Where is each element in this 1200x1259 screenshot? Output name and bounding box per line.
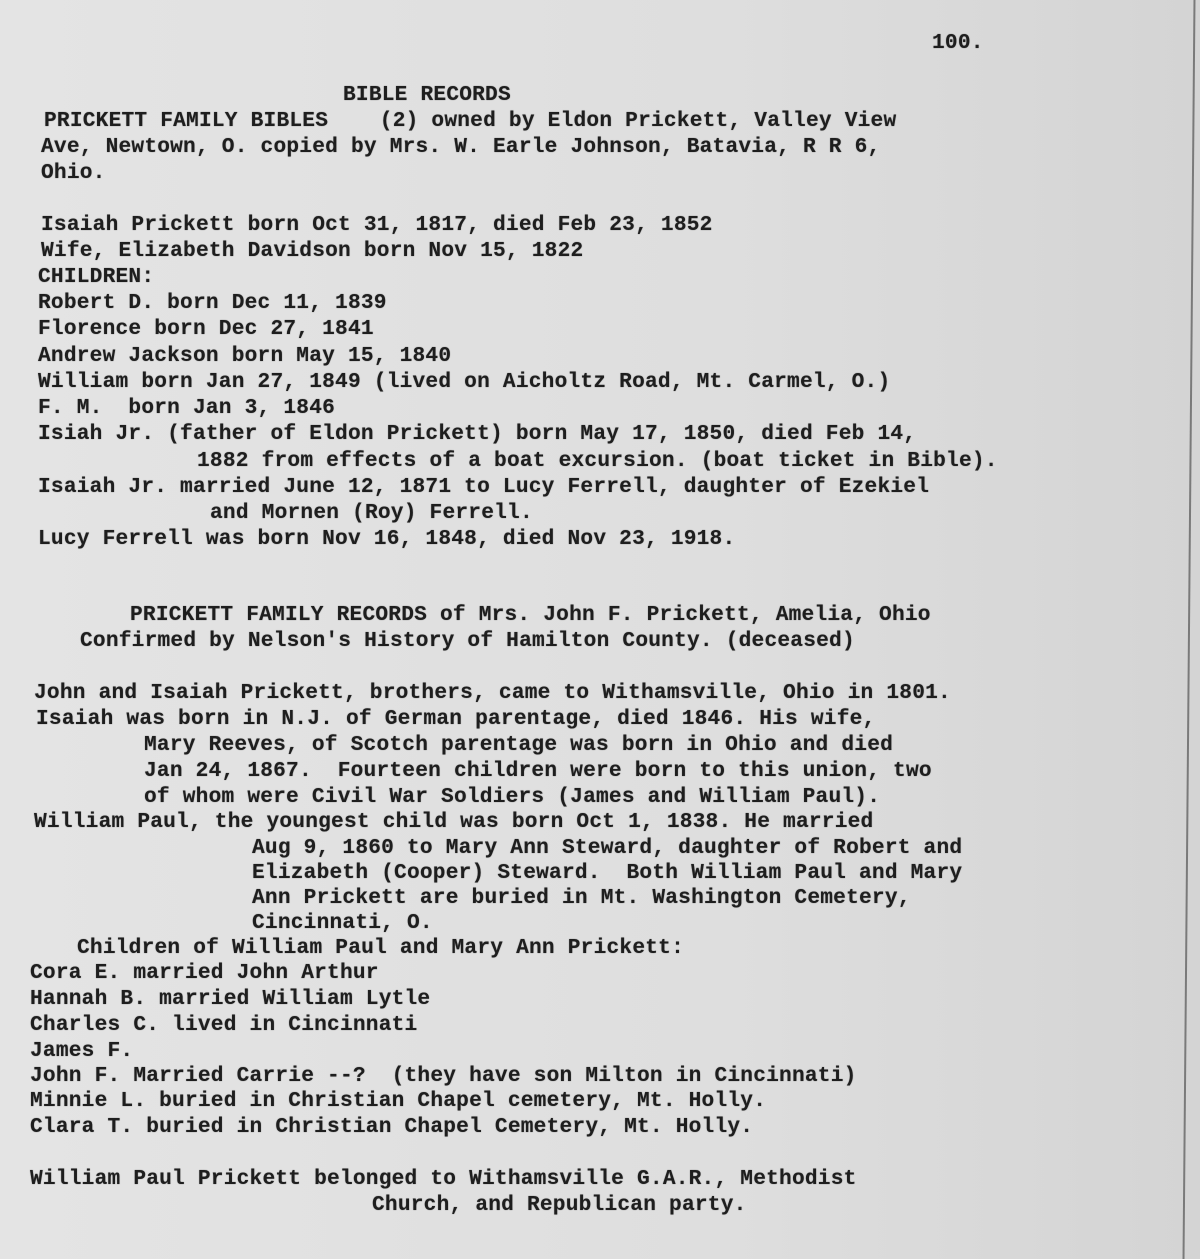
record-line: John F. Married Carrie --? (they have so…: [30, 1063, 857, 1089]
record-line: Wife, Elizabeth Davidson born Nov 15, 18…: [41, 238, 583, 264]
section1-intro-line: Ohio.: [41, 160, 106, 186]
record-line: CHILDREN:: [38, 264, 154, 290]
section2-heading-line: PRICKETT FAMILY RECORDS of Mrs. John F. …: [130, 602, 931, 628]
closing-line: Church, and Republican party.: [372, 1192, 747, 1218]
document-page: 100. BIBLE RECORDS PRICKETT FAMILY BIBLE…: [0, 0, 1200, 1259]
page-number: 100.: [932, 30, 984, 56]
section1-intro-line: PRICKETT FAMILY BIBLES (2) owned by Eldo…: [44, 108, 896, 134]
record-line: 1882 from effects of a boat excursion. (…: [197, 448, 998, 474]
record-line: Clara T. buried in Christian Chapel Ceme…: [30, 1114, 753, 1140]
record-line: Isiah Jr. (father of Eldon Prickett) bor…: [38, 421, 916, 447]
record-line: James F.: [30, 1038, 133, 1064]
record-line: Isaiah Jr. married June 12, 1871 to Lucy…: [38, 474, 929, 500]
record-line: Cora E. married John Arthur: [30, 960, 379, 986]
record-line: Elizabeth (Cooper) Steward. Both William…: [252, 860, 962, 886]
record-line: William Paul, the youngest child was bor…: [34, 809, 873, 835]
record-line: Cincinnati, O.: [252, 910, 433, 936]
section1-heading: BIBLE RECORDS: [343, 82, 511, 108]
record-line: Mary Reeves, of Scotch parentage was bor…: [144, 732, 893, 758]
record-line: and Mornen (Roy) Ferrell.: [210, 500, 533, 526]
record-line: Aug 9, 1860 to Mary Ann Steward, daughte…: [252, 835, 962, 861]
record-line: Andrew Jackson born May 15, 1840: [38, 343, 451, 369]
record-line: of whom were Civil War Soldiers (James a…: [144, 784, 880, 810]
record-line: Florence born Dec 27, 1841: [38, 316, 374, 342]
section2-heading-line: Confirmed by Nelson's History of Hamilto…: [80, 628, 855, 654]
section1-intro-line: Ave, Newtown, O. copied by Mrs. W. Earle…: [41, 134, 880, 160]
record-line: F. M. born Jan 3, 1846: [38, 395, 335, 421]
record-line: Children of William Paul and Mary Ann Pr…: [77, 935, 684, 961]
record-line: John and Isaiah Prickett, brothers, came…: [34, 680, 951, 706]
record-line: William born Jan 27, 1849 (lived on Aich…: [38, 369, 890, 395]
record-line: Charles C. lived in Cincinnati: [30, 1012, 417, 1038]
record-line: Minnie L. buried in Christian Chapel cem…: [30, 1088, 766, 1114]
record-line: Ann Prickett are buried in Mt. Washingto…: [252, 885, 911, 911]
record-line: Lucy Ferrell was born Nov 16, 1848, died…: [38, 526, 735, 552]
record-line: Robert D. born Dec 11, 1839: [38, 290, 387, 316]
record-line: Isaiah Prickett born Oct 31, 1817, died …: [41, 212, 713, 238]
record-line: Isaiah was born in N.J. of German parent…: [36, 706, 875, 732]
scan-edge: [1183, 0, 1196, 1259]
record-line: Hannah B. married William Lytle: [30, 986, 430, 1012]
closing-line: William Paul Prickett belonged to Witham…: [30, 1166, 857, 1192]
record-line: Jan 24, 1867. Fourteen children were bor…: [144, 758, 932, 784]
